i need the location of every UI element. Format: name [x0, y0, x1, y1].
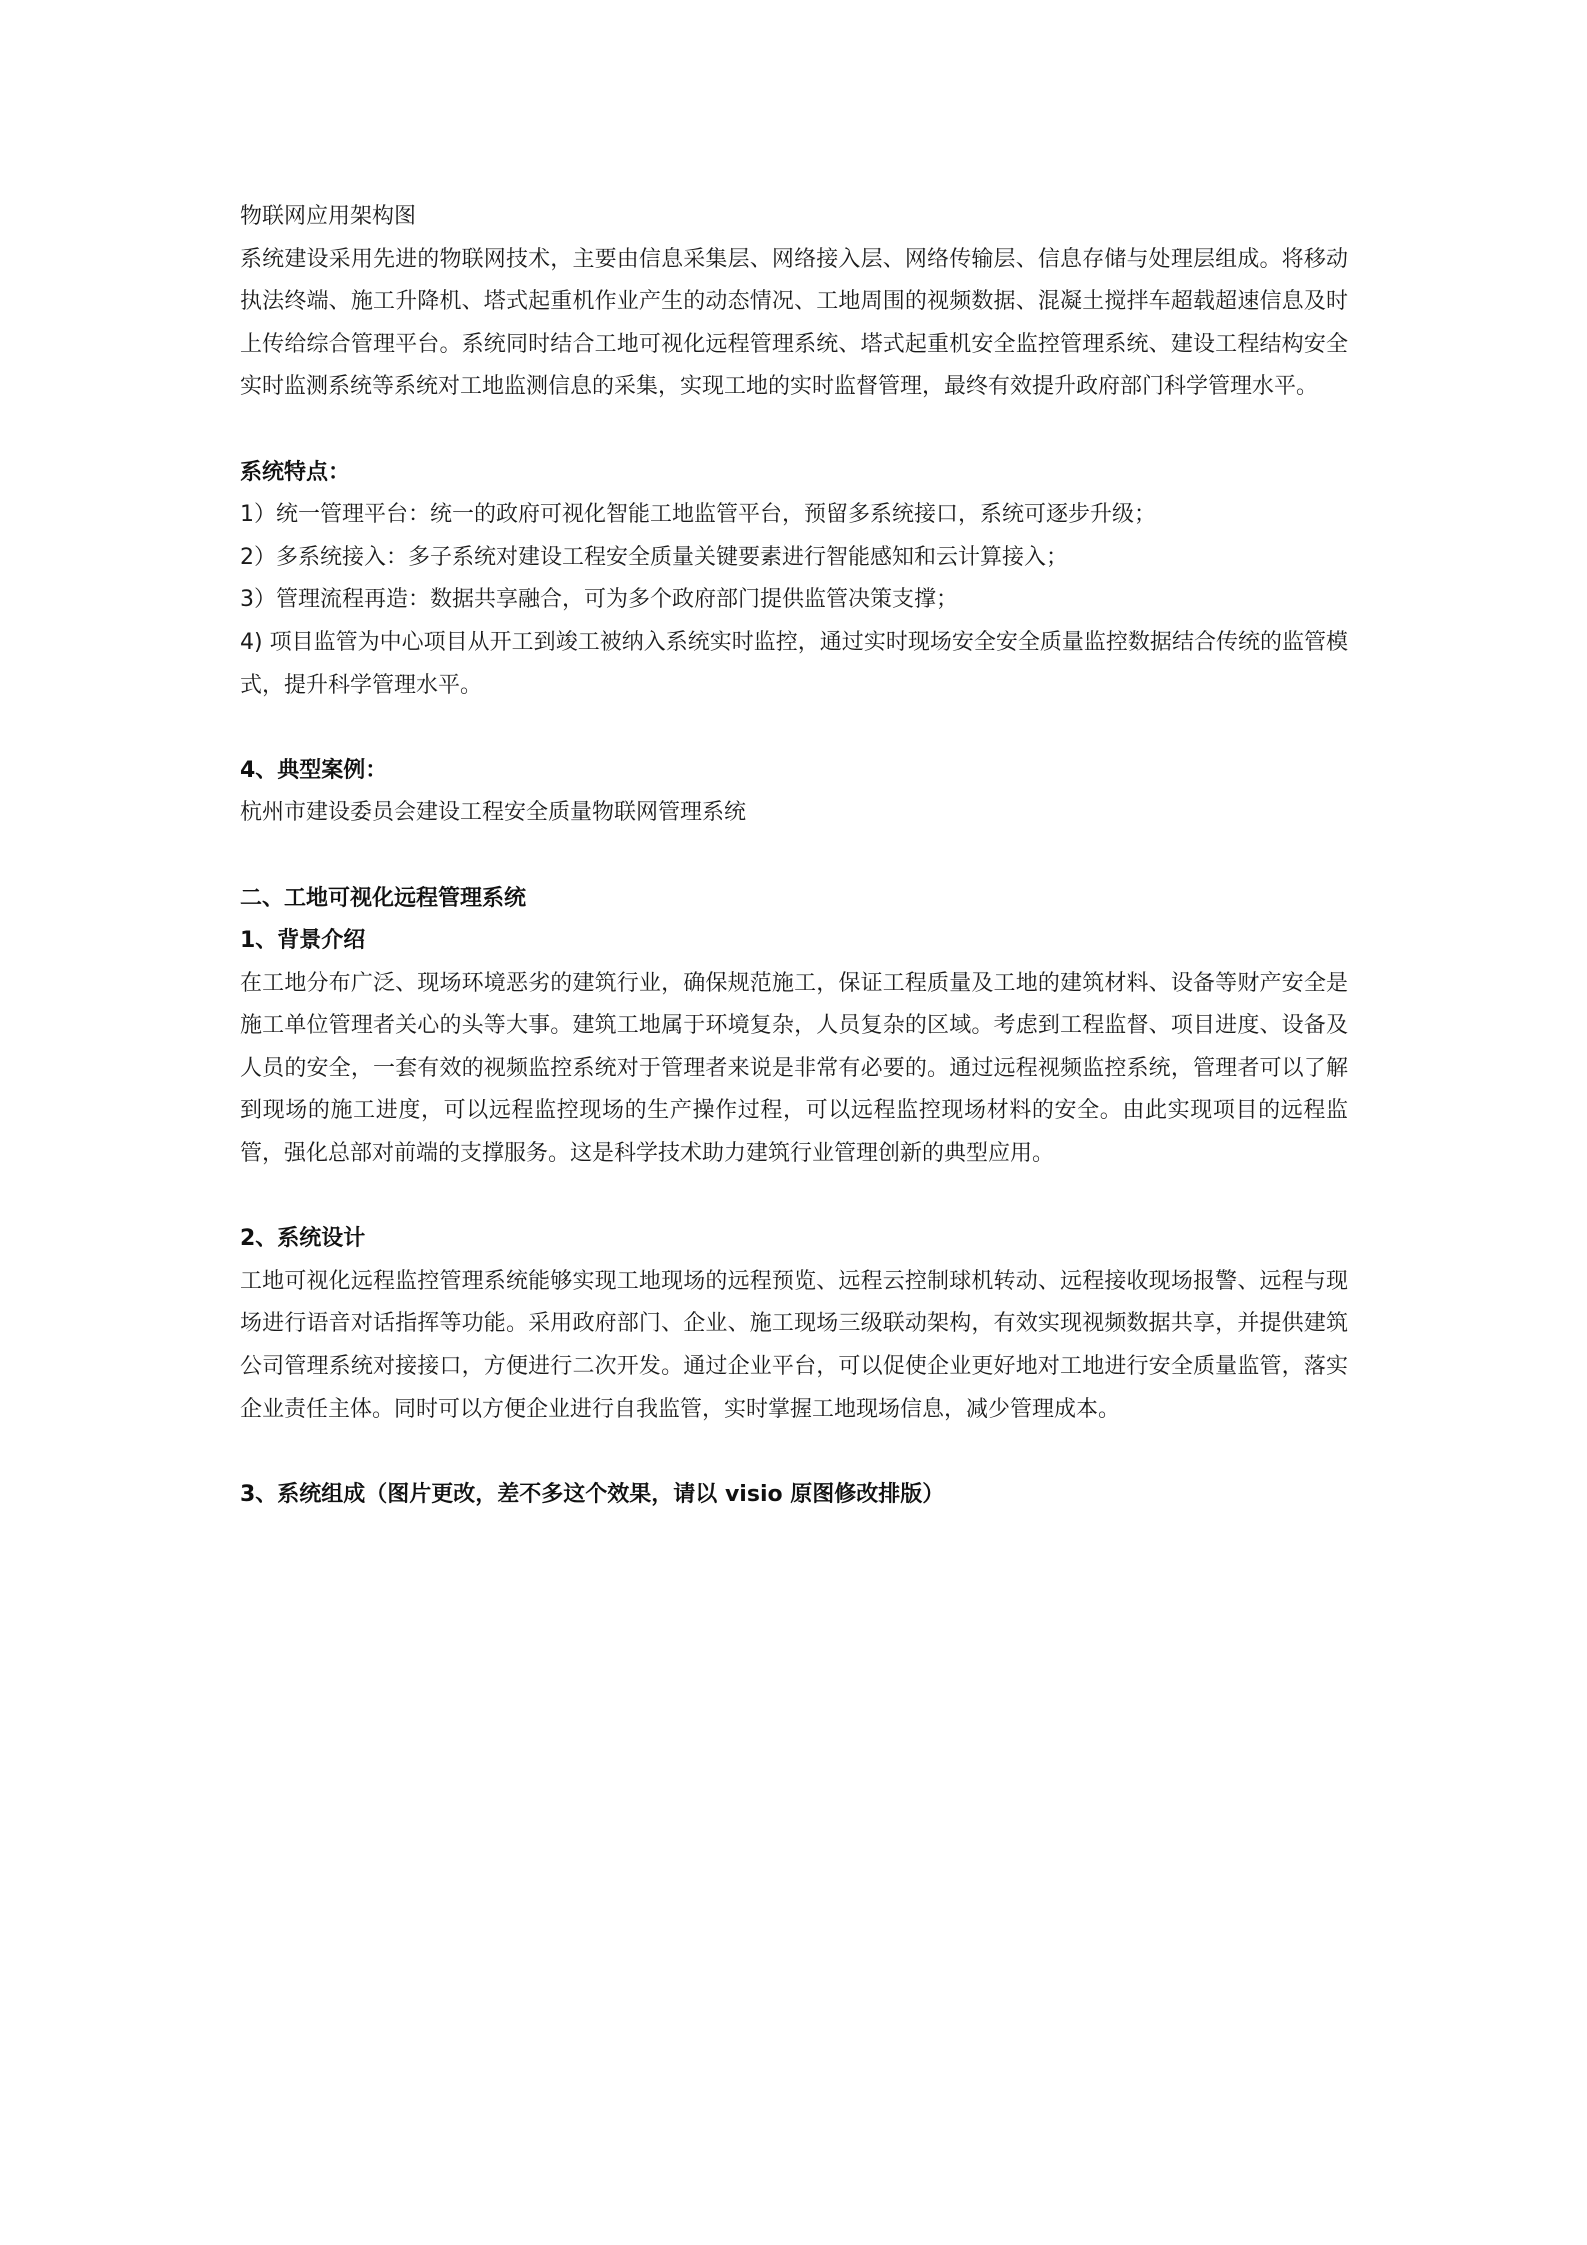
document-page: 物联网应用架构图 系统建设采用先进的物联网技术，主要由信息采集层、网络接入层、网… [240, 196, 1348, 1516]
feature-item: 1）统一管理平台：统一的政府可视化智能工地监管平台，预留多系统接口，系统可逐步升… [240, 494, 1348, 537]
design-paragraph: 工地可视化远程监控管理系统能够实现工地现场的远程预览、远程云控制球机转动、远程接… [240, 1261, 1348, 1431]
case-heading: 4、典型案例： [240, 750, 1348, 793]
case-text: 杭州市建设委员会建设工程安全质量物联网管理系统 [240, 792, 1348, 835]
spacer [240, 835, 1348, 878]
feature-item: 3）管理流程再造：数据共享融合，可为多个政府部门提供监管决策支撑； [240, 579, 1348, 622]
background-heading: 1、背景介绍 [240, 920, 1348, 963]
features-heading: 系统特点： [240, 452, 1348, 495]
feature-item: 4) 项目监管为中心项目从开工到竣工被纳入系统实时监控，通过实时现场安全安全质量… [240, 622, 1348, 707]
design-heading: 2、系统设计 [240, 1218, 1348, 1261]
background-paragraph: 在工地分布广泛、现场环境恶劣的建筑行业，确保规范施工，保证工程质量及工地的建筑材… [240, 963, 1348, 1176]
spacer [240, 409, 1348, 452]
section-two-heading: 二、工地可视化远程管理系统 [240, 878, 1348, 921]
composition-heading: 3、系统组成（图片更改，差不多这个效果，请以 visio 原图修改排版） [240, 1474, 1348, 1517]
feature-item: 2）多系统接入：多子系统对建设工程安全质量关键要素进行智能感知和云计算接入； [240, 537, 1348, 580]
iot-intro-paragraph: 系统建设采用先进的物联网技术，主要由信息采集层、网络接入层、网络传输层、信息存储… [240, 239, 1348, 409]
spacer [240, 1176, 1348, 1219]
spacer [240, 1431, 1348, 1474]
spacer [240, 707, 1348, 750]
figure-caption: 物联网应用架构图 [240, 196, 1348, 239]
